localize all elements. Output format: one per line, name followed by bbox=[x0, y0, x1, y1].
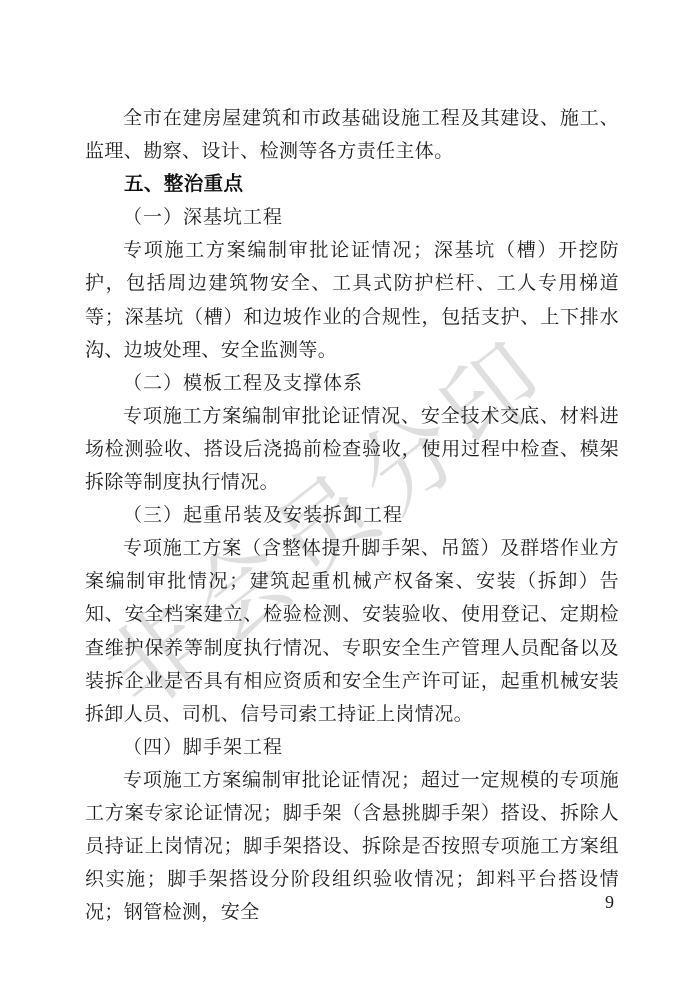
intro-paragraph: 全市在建房屋建筑和市政基础设施工程及其建设、施工、监理、勘察、设计、检测等各方责… bbox=[85, 102, 619, 168]
item-1-heading: （一）深基坑工程 bbox=[85, 201, 619, 234]
document-page: 非会员分印 全市在建房屋建筑和市政基础设施工程及其建设、施工、监理、勘察、设计、… bbox=[0, 0, 700, 990]
item-2-heading: （二）模板工程及支撑体系 bbox=[85, 367, 619, 400]
item-4-body: 专项施工方案编制审批论证情况；超过一定规模的专项施工方案专家论证情况；脚手架（含… bbox=[85, 764, 619, 929]
section-heading: 五、整治重点 bbox=[85, 168, 619, 201]
item-3-heading: （三）起重吊装及安装拆卸工程 bbox=[85, 499, 619, 532]
item-4-heading: （四）脚手架工程 bbox=[85, 731, 619, 764]
item-2-body: 专项施工方案编制审批论证情况、安全技术交底、材料进场检测验收、搭设后浇捣前检查验… bbox=[85, 400, 619, 499]
item-3-body: 专项施工方案（含整体提升脚手架、吊篮）及群塔作业方案编制审批情况；建筑起重机械产… bbox=[85, 532, 619, 731]
page-content: 全市在建房屋建筑和市政基础设施工程及其建设、施工、监理、勘察、设计、检测等各方责… bbox=[85, 102, 619, 929]
item-1-body: 专项施工方案编制审批论证情况；深基坑（槽）开挖防护，包括周边建筑物安全、工具式防… bbox=[85, 234, 619, 366]
page-number: 9 bbox=[605, 891, 614, 913]
